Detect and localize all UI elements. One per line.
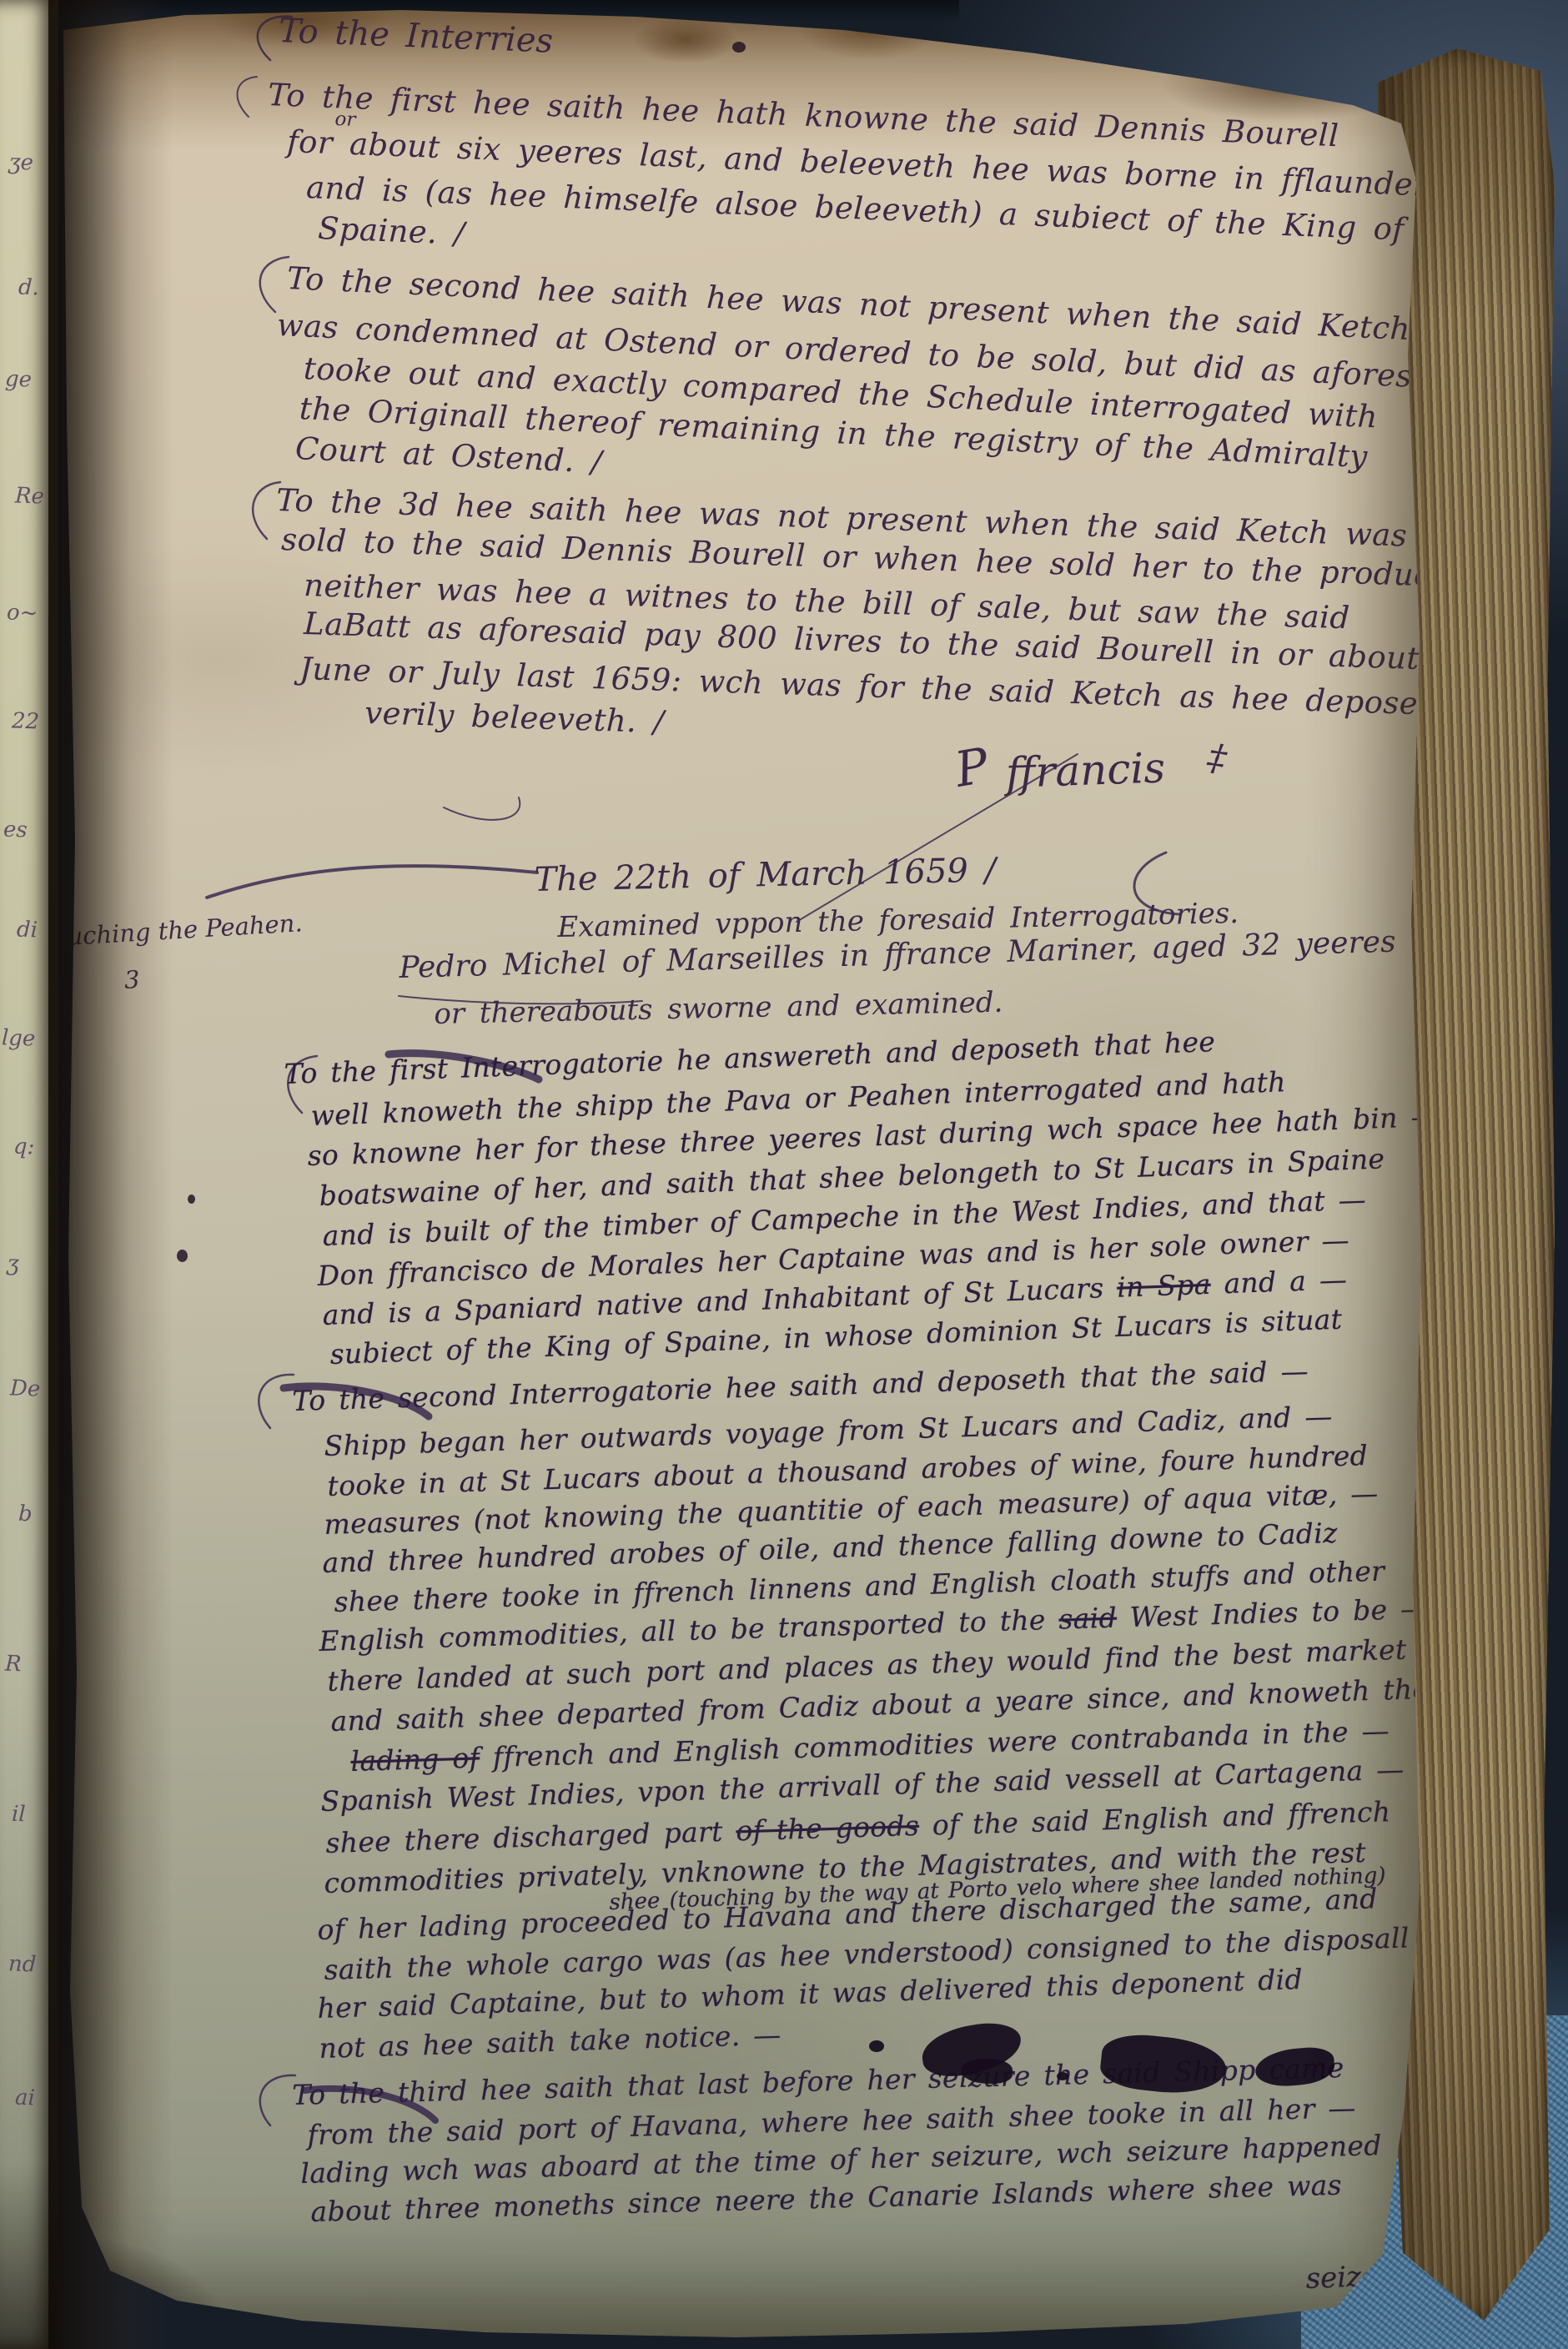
bleed-fragment: di (16, 918, 38, 943)
bleed-fragment: ʒe (8, 149, 33, 175)
bleed-fragment: nd (8, 1951, 36, 1977)
signature: ffrancis (1005, 743, 1166, 797)
ink-speck (177, 1250, 188, 1262)
bleed-fragment: d. (18, 275, 39, 301)
struck-text: lading of (350, 1741, 480, 1778)
bleed-fragment: il (11, 1802, 26, 1828)
bleed-fragment: b (18, 1501, 33, 1527)
bleed-fragment: R (4, 1652, 22, 1677)
margin-number: 3 (123, 965, 140, 994)
ink-blot (869, 2040, 884, 2052)
bleed-fragment: lge (1, 1025, 35, 1051)
bleed-fragment: es (3, 817, 28, 843)
manuscript-photo: ʒe d. ge Re o~ 22 es di lge q: ʒ De b R … (0, 0, 1568, 2349)
struck-text: in Spa (1117, 1268, 1212, 1304)
pencil-dash (1346, 33, 1383, 38)
bleed-fragment: De (9, 1376, 40, 1401)
ink-blot (1057, 2072, 1068, 2080)
pencil-dash (1291, 26, 1324, 31)
bleed-fragment: ʒ (6, 1251, 19, 1276)
facing-page-edge: ʒe d. ge Re o~ 22 es di lge q: ʒ De b R … (0, 0, 58, 2349)
struck-text: said (1058, 1602, 1118, 1636)
ink-speck (188, 1195, 195, 1204)
bleed-fragment: ai (14, 2085, 35, 2111)
bleed-fragment: ge (4, 366, 32, 392)
bleed-fragment: o~ (6, 600, 38, 626)
ink-speck (732, 42, 746, 53)
text-line: Spaine. / (317, 210, 465, 252)
bleed-fragment: 22 (11, 708, 39, 734)
manuscript-page: 484 To the Interries To the first hee sa… (52, 5, 1426, 2342)
bleed-fragment: q: (13, 1134, 34, 1160)
bleed-fragment: Re (14, 483, 44, 509)
struck-text: of the goods (736, 1809, 920, 1847)
